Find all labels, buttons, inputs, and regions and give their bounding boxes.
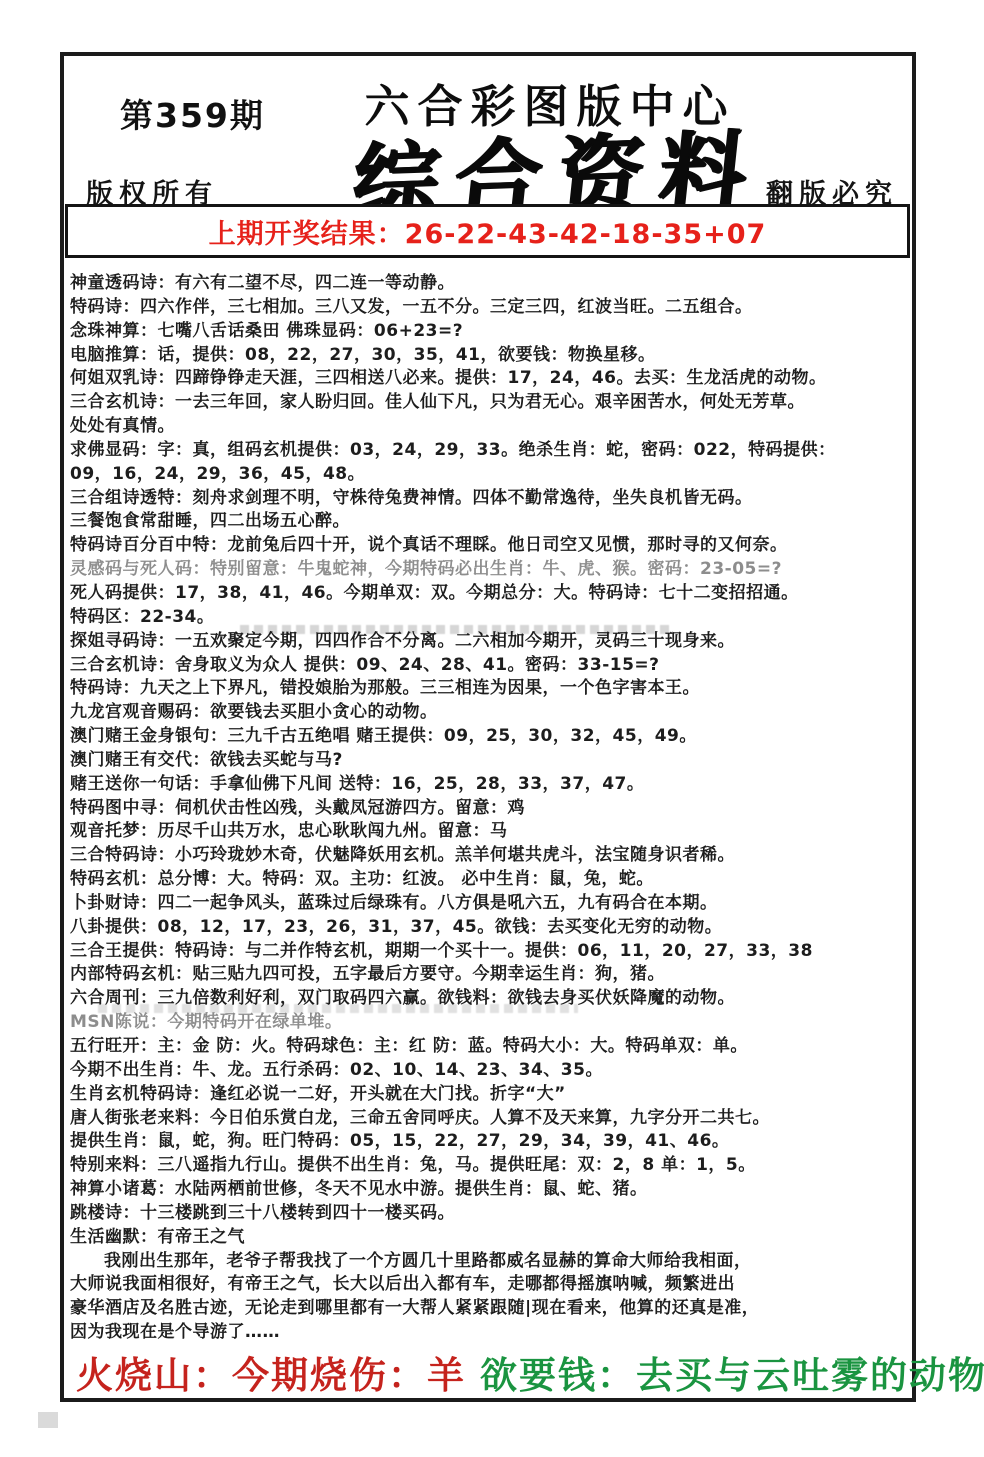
footer-green-text: 欲要钱：去买与云吐雾的动物	[480, 1345, 984, 1399]
text-line: 六合周刊：三九倍数利好利，双门取码四六赢。欲钱料：欲钱去身买伏妖降魔的动物。	[70, 987, 908, 1011]
text-line: 豪华酒店及名胜古迹，无论走到哪里都有一大帮人紧紧跟随|现在看来，他算的还真是准，	[70, 1297, 908, 1321]
text-line: 特码诗：九天之上下界凡，错投娘胎为那般。三三相连为因果，一个色字害本王。	[70, 677, 908, 701]
text-line: 卜卦财诗：四二一起争风头，蓝珠过后绿珠有。八方俱是吼六五，九有码合在本期。	[70, 892, 908, 916]
text-line: 特别来料：三八遥指九行山。提供不出生肖：兔，马。提供旺尾：双：2，8 单：1，5…	[70, 1154, 908, 1178]
text-line: 求佛显码：字：真，组码玄机提供：03，24，29，33。绝杀生肖：蛇，密码：02…	[70, 439, 908, 463]
text-line: MSN陈说：今期特码开在绿单堆。	[70, 1011, 908, 1035]
text-line: 何姐双乳诗：四蹄铮铮走天涯，三四相送八必来。提供：17，24，46。去买：生龙活…	[70, 367, 908, 391]
text-line: 探姐寻码诗：一五欢聚定今期，四四作合不分离。二六相加今期开，灵码三十现身来。	[70, 630, 908, 654]
text-line: 特码诗百分百中特：龙前兔后四十开，说个真话不理睬。他日司空又见惯，那时寻的又何奈…	[70, 534, 908, 558]
text-line: 09，16，24，29，36，45，48。	[70, 463, 908, 487]
text-line: 观音托梦：历尽千山共万水，忠心耿耿闯九州。留意：马	[70, 820, 908, 844]
text-line: 三餐饱食常甜睡，四二出场五心醉。	[70, 510, 908, 534]
text-line: 处处有真情。	[70, 415, 908, 439]
text-line: 死人码提供：17，38，41，46。今期单双：双。今期总分：大。特码诗：七十二变…	[70, 582, 908, 606]
text-line: 灵感码与死人码：特别留意：牛鬼蛇神，今期特码必出生肖：牛、虎、猴。密码：23-0…	[70, 558, 908, 582]
text-line: 提供生肖：鼠，蛇，狗。旺门特码：05，15，22，27，29，34，39，41、…	[70, 1130, 908, 1154]
last-draw-result-text: 上期开奖结果：26-22-43-42-18-35+07	[209, 212, 767, 251]
text-line: 特码玄机：总分博：大。特码：双。主功：红波。 必中生肖：鼠，兔，蛇。	[70, 868, 908, 892]
text-line: 特码诗：四六作伴，三七相加。三八又发，一五不分。三定三四，红波当旺。二五组合。	[70, 296, 908, 320]
text-line: 念珠神算：七嘴八舌话桑田 佛珠显码：06+23=?	[70, 320, 908, 344]
text-line: 我刚出生那年，老爷子帮我找了一个方圆几十里路都威名显赫的算命大师给我相面，	[70, 1250, 908, 1274]
text-line: 三合特码诗：小巧玲珑妙木奇，伏魅降妖用玄机。羔羊何堪共虎斗，法宝随身识者稀。	[70, 844, 908, 868]
text-line: 三合组诗透特：刻舟求剑理不明，守株待兔费神情。四体不勤常逸待，坐失良机皆无码。	[70, 487, 908, 511]
text-line: 九龙宫观音赐码：欲要钱去买胆小贪心的动物。	[70, 701, 908, 725]
text-line: 内部特码玄机：贴三贴九四可投，五字最后方要守。今期幸运生肖：狗，猪。	[70, 963, 908, 987]
text-line: 澳门赌王有交代：欲钱去买蛇与马?	[70, 749, 908, 773]
text-line: 今期不出生肖：牛、龙。五行杀码：02、10、14、23、34、35。	[70, 1059, 908, 1083]
text-line: 特码图中寻：伺机伏击性凶残，头戴凤冠游四方。留意：鸡	[70, 797, 908, 821]
text-line: 神童透码诗：有六有二望不尽，四二连一等动静。	[70, 272, 908, 296]
tips-text-block: 神童透码诗：有六有二望不尽，四二连一等动静。特码诗：四六作伴，三七相加。三八又发…	[70, 272, 908, 1345]
text-line: 因为我现在是个导游了……	[70, 1321, 908, 1345]
text-line: 电脑推算：话，提供：08，22，27，30，35，41，欲要钱：物换星移。	[70, 344, 908, 368]
footer-banner: 火烧山：今期烧伤：羊 欲要钱：去买与云吐雾的动物	[76, 1348, 900, 1396]
footer-red-text: 火烧山：今期烧伤：羊	[76, 1345, 466, 1399]
text-line: 三合玄机诗：舍身取义为众人 提供：09、24、28、41。密码：33-15=?	[70, 654, 908, 678]
text-line: 五行旺开：主：金 防：火。特码球色：主：红 防：蓝。特码大小：大。特码单双：单。	[70, 1035, 908, 1059]
text-line: 唐人街张老来料：今日伯乐赏白龙，三命五舍同呼庆。人算不及天来算，九字分开二共七。	[70, 1107, 908, 1131]
text-line: 三合玄机诗：一去三年回，家人盼归回。佳人仙下凡，只为君无心。艰辛困苦水，何处无芳…	[70, 391, 908, 415]
text-line: 生活幽默：有帝王之气	[70, 1226, 908, 1250]
text-line: 生肖玄机特码诗：逢红必说一二好，开头就在大门找。折字“大”	[70, 1083, 908, 1107]
text-line: 澳门赌王金身银句：三九千古五绝唱 赌王提供：09，25，30，32，45，49。	[70, 725, 908, 749]
text-line: 跳楼诗：十三楼跳到三十八楼转到四十一楼买码。	[70, 1202, 908, 1226]
text-line: 神算小诸葛：水陆两栖前世修，冬天不见水中游。提供生肖：鼠、蛇、猪。	[70, 1178, 908, 1202]
text-line: 赌王送你一句话：手拿仙佛下凡间 送特：16，25，28，33，37，47。	[70, 773, 908, 797]
issue-number: 第359期	[120, 90, 265, 137]
text-line: 八卦提供：08，12，17，23，26，31，37，45。欲钱：去买变化无穷的动…	[70, 916, 908, 940]
text-line: 特码区：22-34。	[70, 606, 908, 630]
last-draw-result-box: 上期开奖结果：26-22-43-42-18-35+07	[65, 204, 910, 258]
text-line: 大师说我面相很好，有帝王之气，长大以后出入都有车，走哪都得摇旗呐喊，频繁进出	[70, 1273, 908, 1297]
text-line: 三合王提供：特码诗：与二并作特玄机，期期一个买十一。提供：06，11，20，27…	[70, 940, 908, 964]
page-frame: 第359期 六合彩图版中心 综合资料 版权所有 翻版必究 上期开奖结果：26-2…	[60, 52, 916, 1402]
scan-artifact	[38, 1412, 58, 1428]
